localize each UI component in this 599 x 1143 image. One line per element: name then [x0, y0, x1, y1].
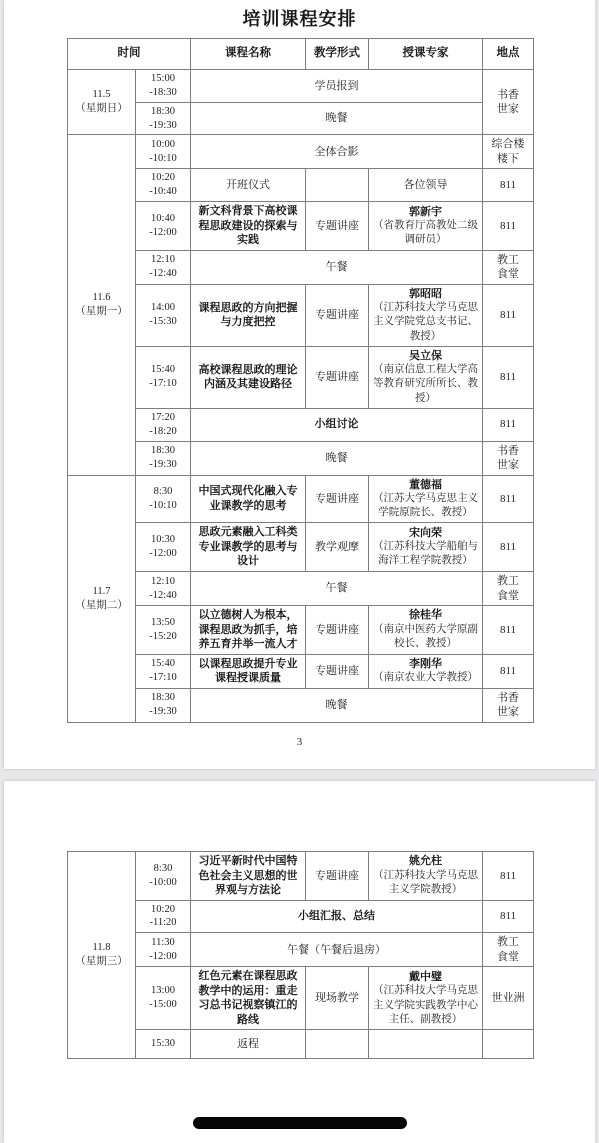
expert-name: 姚允柱 [372, 854, 479, 869]
time-cell: 18:30 -19:30 [136, 688, 191, 722]
time-cell: 15:40 -17:10 [136, 346, 191, 408]
course-cell: 午餐 [191, 571, 483, 605]
time-cell: 10:20 -11:20 [136, 900, 191, 933]
location-cell: 教工 食堂 [483, 933, 534, 967]
schedule-table-page-2: 11.8 （星期三）8:30 -10:00习近平新时代中国特色社会主义思想的世界… [67, 851, 534, 1059]
location-cell: 教工 食堂 [483, 250, 534, 284]
course-cell: 思政元素融入工科类专业课教学的思考与设计 [191, 523, 306, 572]
location-cell: 811 [483, 346, 534, 408]
course-cell: 晚餐 [191, 102, 483, 135]
course-cell: 课程思政的方向把握与力度把控 [191, 284, 306, 346]
location-cell: 811 [483, 408, 534, 441]
course-cell: 以立德树人为根本，课程思政为抓手，培养五育并举一流人才 [191, 606, 306, 655]
expert-cell: 董德福（江苏大学马克思主义学院原院长、教授） [369, 475, 483, 523]
course-cell: 小组讨论 [191, 408, 483, 441]
course-cell: 学员报到 [191, 70, 483, 103]
format-cell: 专题讲座 [306, 346, 369, 408]
expert-name: 吴立保 [372, 349, 479, 364]
time-cell: 8:30 -10:10 [136, 475, 191, 523]
expert-name: 宋向荣 [372, 526, 479, 541]
expert-affiliation: （江苏科技大学马克思主义学院教授） [372, 869, 479, 897]
time-cell: 11:30 -12:00 [136, 933, 191, 967]
time-cell: 17:20 -18:20 [136, 408, 191, 441]
expert-affiliation: （江苏科技大学马克思主义学院实践教学中心主任、副教授） [372, 984, 479, 1027]
time-cell: 18:30 -19:30 [136, 102, 191, 135]
expert-affiliation: （南京中医药大学原副校长、教授） [372, 623, 479, 651]
expert-cell: 各位领导 [369, 169, 483, 202]
course-cell: 返程 [191, 1030, 306, 1059]
format-cell: 专题讲座 [306, 284, 369, 346]
expert-name: 徐桂华 [372, 608, 479, 623]
expert-affiliation: （南京农业大学教授） [372, 671, 479, 685]
location-cell: 综合楼 楼下 [483, 135, 534, 169]
format-cell [306, 169, 369, 202]
location-cell: 世业洲 [483, 967, 534, 1030]
date-cell: 11.6 （星期一） [68, 135, 136, 475]
format-cell: 现场教学 [306, 967, 369, 1030]
course-cell: 新文科背景下高校课程思政建设的探索与实践 [191, 202, 306, 251]
location-cell: 811 [483, 606, 534, 655]
time-cell: 12:10 -12:40 [136, 250, 191, 284]
expert-affiliation: （南京信息工程大学高等教育研究所所长、教授） [372, 363, 479, 406]
column-header: 教学形式 [306, 39, 369, 70]
location-cell: 811 [483, 654, 534, 688]
time-cell: 8:30 -10:00 [136, 852, 191, 901]
time-cell: 14:00 -15:30 [136, 284, 191, 346]
location-cell [483, 1030, 534, 1059]
expert-cell: 郭新宇（省教育厅高教处二级调研员） [369, 202, 483, 251]
expert-cell: 徐桂华（南京中医药大学原副校长、教授） [369, 606, 483, 655]
location-cell: 811 [483, 284, 534, 346]
time-cell: 10:00 -10:10 [136, 135, 191, 169]
course-cell: 午餐（午餐后退房） [191, 933, 483, 967]
expert-affiliation: （江苏科技大学马克思主义学院党总支书记、教授） [372, 301, 479, 344]
format-cell: 专题讲座 [306, 202, 369, 251]
time-cell: 15:40 -17:10 [136, 654, 191, 688]
course-cell: 晚餐 [191, 441, 483, 475]
format-cell: 专题讲座 [306, 606, 369, 655]
course-cell: 开班仪式 [191, 169, 306, 202]
format-cell: 教学观摩 [306, 523, 369, 572]
document-page-2: 11.8 （星期三）8:30 -10:00习近平新时代中国特色社会主义思想的世界… [4, 781, 595, 1143]
column-header: 课程名称 [191, 39, 306, 70]
time-cell: 10:30 -12:00 [136, 523, 191, 572]
course-cell: 全体合影 [191, 135, 483, 169]
column-header: 时间 [68, 39, 191, 70]
time-cell: 13:50 -15:20 [136, 606, 191, 655]
expert-cell: 宋向荣（江苏科技大学船舶与海洋工程学院教授） [369, 523, 483, 572]
expert-name: 郭新宇 [372, 205, 479, 220]
expert-name: 郭昭昭 [372, 287, 479, 302]
page-number: 3 [4, 736, 595, 748]
time-cell: 10:40 -12:00 [136, 202, 191, 251]
location-cell: 书香 世家 [483, 70, 534, 135]
expert-cell [369, 1030, 483, 1059]
format-cell [306, 1030, 369, 1059]
format-cell: 专题讲座 [306, 852, 369, 901]
date-cell: 11.5 （星期日） [68, 70, 136, 135]
time-cell: 18:30 -19:30 [136, 441, 191, 475]
expert-cell: 郭昭昭（江苏科技大学马克思主义学院党总支书记、教授） [369, 284, 483, 346]
schedule-table-page-1: 时间课程名称教学形式授课专家地点11.5 （星期日）15:00 -18:30学员… [67, 38, 534, 723]
location-cell: 教工 食堂 [483, 571, 534, 605]
course-cell: 习近平新时代中国特色社会主义思想的世界观与方法论 [191, 852, 306, 901]
format-cell: 专题讲座 [306, 475, 369, 523]
expert-cell: 吴立保（南京信息工程大学高等教育研究所所长、教授） [369, 346, 483, 408]
course-cell: 午餐 [191, 250, 483, 284]
time-cell: 13:00 -15:00 [136, 967, 191, 1030]
expert-name: 戴中璧 [372, 970, 479, 985]
expert-affiliation: （省教育厅高教处二级调研员） [372, 219, 479, 247]
course-cell: 红色元素在课程思政教学中的运用：重走习总书记视察镇江的路线 [191, 967, 306, 1030]
document-title: 培训课程安排 [4, 0, 595, 31]
expert-cell: 戴中璧（江苏科技大学马克思主义学院实践教学中心主任、副教授） [369, 967, 483, 1030]
column-header: 授课专家 [369, 39, 483, 70]
column-header: 地点 [483, 39, 534, 70]
time-cell: 15:00 -18:30 [136, 70, 191, 103]
location-cell: 811 [483, 202, 534, 251]
expert-affiliation: （江苏科技大学船舶与海洋工程学院教授） [372, 540, 479, 568]
location-cell: 811 [483, 900, 534, 933]
location-cell: 811 [483, 852, 534, 901]
expert-cell: 李刚华（南京农业大学教授） [369, 654, 483, 688]
document-page-1: 培训课程安排 时间课程名称教学形式授课专家地点11.5 （星期日）15:00 -… [4, 0, 595, 769]
date-cell: 11.7 （星期二） [68, 475, 136, 722]
course-cell: 以课程思政提升专业课程授课质量 [191, 654, 306, 688]
expert-cell: 姚允柱（江苏科技大学马克思主义学院教授） [369, 852, 483, 901]
time-cell: 15:30 [136, 1030, 191, 1059]
expert-name: 李刚华 [372, 657, 479, 672]
course-cell: 小组汇报、总结 [191, 900, 483, 933]
time-cell: 10:20 -10:40 [136, 169, 191, 202]
date-cell: 11.8 （星期三） [68, 852, 136, 1059]
format-cell: 专题讲座 [306, 654, 369, 688]
expert-affiliation: （江苏大学马克思主义学院原院长、教授） [372, 492, 479, 520]
home-indicator-bar[interactable] [193, 1117, 407, 1129]
course-cell: 高校课程思政的理论内涵及其建设路径 [191, 346, 306, 408]
location-cell: 811 [483, 523, 534, 572]
location-cell: 书香 世家 [483, 441, 534, 475]
course-cell: 中国式现代化融入专业课教学的思考 [191, 475, 306, 523]
location-cell: 书香 世家 [483, 688, 534, 722]
time-cell: 12:10 -12:40 [136, 571, 191, 605]
location-cell: 811 [483, 475, 534, 523]
expert-name: 董德福 [372, 478, 479, 493]
course-cell: 晚餐 [191, 688, 483, 722]
location-cell: 811 [483, 169, 534, 202]
